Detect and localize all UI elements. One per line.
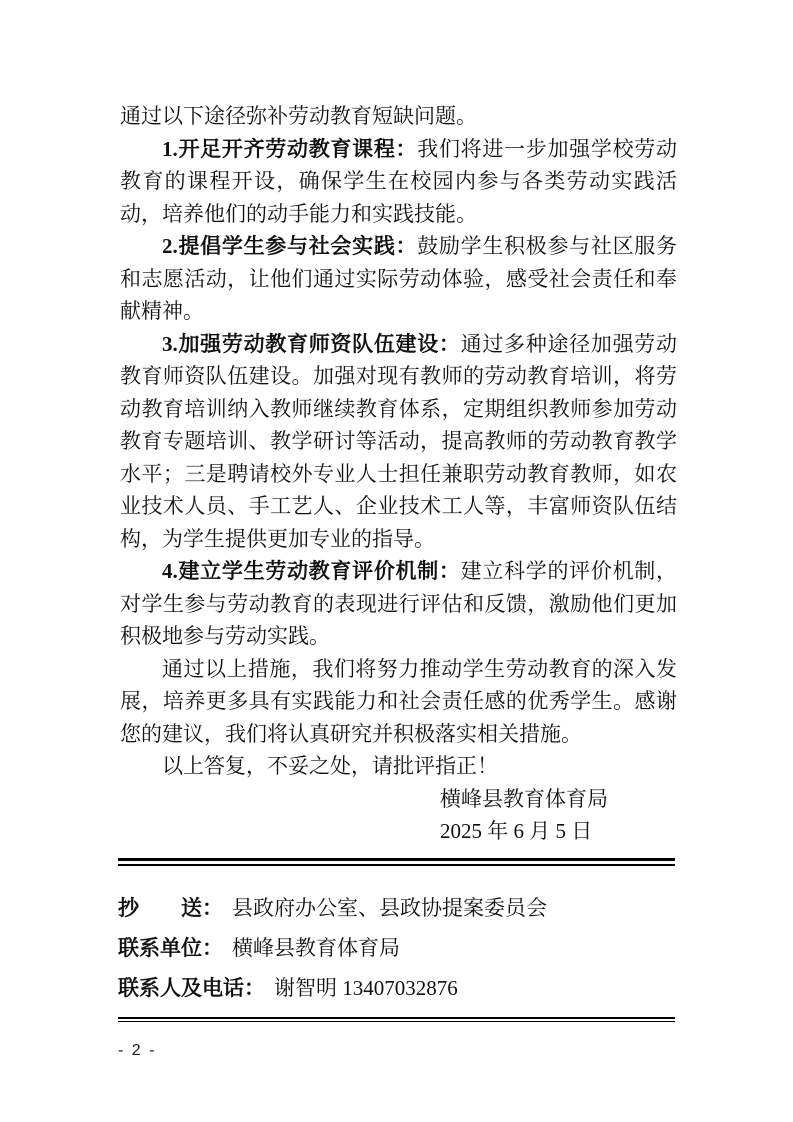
document-page: 通过以下途径弥补劳动教育短缺问题。 1.开足开齐劳动教育课程：我们将进一步加强学… [0,0,793,1122]
signature-date: 2025 年 6 月 5 日 [440,815,608,848]
paragraph-4-lead: 4.建立学生劳动教育评价机制： [162,559,461,583]
numbered-paragraph-2: 2.提倡学生参与社会实践：鼓励学生积极参与社区服务和志愿活动，让他们通过实际劳动… [120,230,677,328]
contact-unit-row: 联系单位： 横峰县教育体育局 [118,937,675,960]
paragraph-3-lead: 3.加强劳动教育师资队伍建设： [162,332,461,356]
continuation-paragraph: 通过以下途径弥补劳动教育短缺问题。 [120,100,677,133]
cc-value: 县政府办公室、县政协提案委员会 [232,897,547,920]
contact-person-row: 联系人及电话： 谢智明 13407032876 [118,977,675,1000]
contact-person-label: 联系人及电话： [118,977,265,1000]
page-number: - 2 - [118,1042,675,1060]
colophon-separator-top [118,858,675,866]
signature-block: 横峰县教育体育局 2025 年 6 月 5 日 [440,783,608,848]
numbered-paragraph-1: 1.开足开齐劳动教育课程：我们将进一步加强学校劳动教育的课程开设，确保学生在校园… [120,133,677,231]
numbered-paragraph-3: 3.加强劳动教育师资队伍建设：通过多种途径加强劳动教育师资队伍建设。加强对现有教… [120,328,677,556]
document-body: 通过以下途径弥补劳动教育短缺问题。 1.开足开齐劳动教育课程：我们将进一步加强学… [120,100,677,848]
paragraph-3-text: 通过多种途径加强劳动教育师资队伍建设。加强对现有教师的劳动教育培训，将劳动教育培… [120,332,677,551]
contact-unit-value: 横峰县教育体育局 [232,937,400,960]
closing-paragraph: 通过以上措施，我们将努力推动学生劳动教育的深入发展，培养更多具有实践能力和社会责… [120,653,677,751]
signature-org: 横峰县教育体育局 [440,783,608,816]
paragraph-2-lead: 2.提倡学生参与社会实践： [162,234,417,258]
contact-unit-label: 联系单位： [118,937,223,960]
colophon: 抄 送： 县政府办公室、县政协提案委员会 联系单位： 横峰县教育体育局 联系人及… [118,858,675,1060]
colophon-separator-bottom [118,1017,675,1022]
contact-person-value: 谢智明 13407032876 [274,977,458,1000]
cc-label: 抄 送： [118,897,223,920]
numbered-paragraph-4: 4.建立学生劳动教育评价机制：建立科学的评价机制，对学生参与劳动教育的表现进行评… [120,555,677,653]
paragraph-1-lead: 1.开足开齐劳动教育课程： [162,137,417,161]
closing-line: 以上答复，不妥之处，请批评指正！ [120,750,677,783]
cc-row: 抄 送： 县政府办公室、县政协提案委员会 [118,897,675,920]
